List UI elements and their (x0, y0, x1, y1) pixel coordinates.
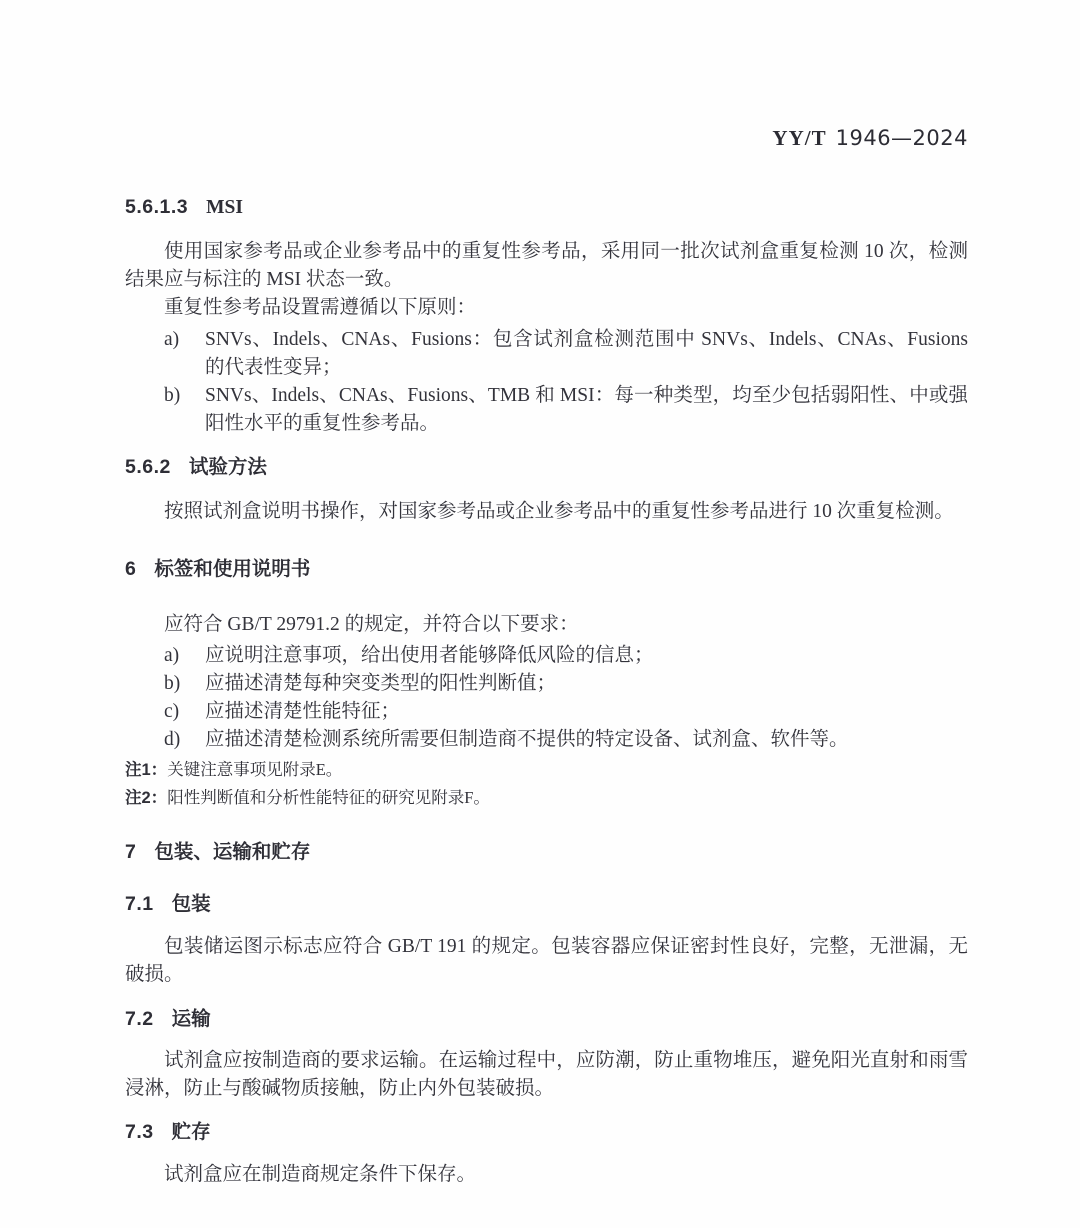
list-item: d) 应描述清楚检测系统所需要但制造商不提供的特定设备、试剂盒、软件等。 (125, 726, 968, 754)
note-label: 注1： (125, 761, 167, 779)
note-text: 关键注意事项见附录E。 (167, 760, 342, 779)
clause-title: 包装 (172, 893, 211, 915)
paragraph: 试剂盒应在制造商规定条件下保存。 (125, 1161, 968, 1189)
paragraph: 重复性参考品设置需遵循以下原则： (125, 294, 968, 322)
paragraph: 应符合 GB/T 29791.2 的规定，并符合以下要求： (125, 611, 968, 639)
heading-7-3: 7.3贮存 (125, 1119, 968, 1145)
clause-number: 5.6.2 (125, 456, 171, 478)
list-item: b) SNVs、Indels、CNAs、Fusions、TMB 和 MSI：每一… (125, 382, 968, 438)
heading-7-1: 7.1包装 (125, 891, 968, 917)
doc-code-prefix: YY/T (772, 126, 826, 150)
note: 注2：阳性判断值和分析性能特征的研究见附录F。 (125, 784, 968, 812)
clause-number: 7.1 (125, 893, 154, 915)
list-item: a) 应说明注意事项，给出使用者能够降低风险的信息； (125, 642, 968, 670)
list-item-label: c) (164, 698, 179, 726)
clause-number: 7.3 (125, 1121, 154, 1143)
heading-5-6-1-3-msi: 5.6.1.3MSI (125, 194, 968, 221)
list-item-label: b) (164, 670, 180, 698)
note-text: 阳性判断值和分析性能特征的研究见附录F。 (167, 788, 490, 807)
clause-title: 包装、运输和贮存 (154, 841, 310, 863)
heading-7: 7包装、运输和贮存 (125, 839, 968, 865)
list-item-text: SNVs、Indels、CNAs、Fusions：包含试剂盒检测范围中 SNVs… (205, 329, 968, 378)
clause-number: 7.2 (125, 1008, 154, 1030)
clause-title: 试验方法 (189, 456, 267, 478)
note: 注1：关键注意事项见附录E。 (125, 756, 968, 784)
list-item-label: a) (164, 642, 179, 670)
doc-code: YY/T1946—2024 (125, 127, 968, 149)
heading-5-6-2: 5.6.2试验方法 (125, 454, 968, 480)
doc-code-number: 1946—2024 (836, 126, 968, 150)
paragraph: 按照试剂盒说明书操作，对国家参考品或企业参考品中的重复性参考品进行 10 次重复… (125, 498, 968, 526)
list-item-label: b) (164, 382, 180, 410)
lettered-list: a) SNVs、Indels、CNAs、Fusions：包含试剂盒检测范围中 S… (125, 326, 968, 438)
clause-number: 5.6.1.3 (125, 196, 188, 218)
paragraph: 包装储运图示标志应符合 GB/T 191 的规定。包装容器应保证密封性良好，完整… (125, 933, 968, 989)
clause-title: MSI (206, 197, 243, 218)
clause-title: 贮存 (172, 1121, 211, 1143)
document-page: YY/T1946—2024 5.6.1.3MSI 使用国家参考品或企业参考品中的… (0, 0, 1080, 1228)
list-item-text: 应说明注意事项，给出使用者能够降低风险的信息； (205, 645, 654, 666)
clause-title: 标签和使用说明书 (154, 558, 310, 580)
note-label: 注2： (125, 789, 167, 807)
clause-title: 运输 (172, 1008, 211, 1030)
heading-7-2: 7.2运输 (125, 1006, 968, 1032)
lettered-list: a) 应说明注意事项，给出使用者能够降低风险的信息； b) 应描述清楚每种突变类… (125, 642, 968, 754)
list-item-text: SNVs、Indels、CNAs、Fusions、TMB 和 MSI：每一种类型… (205, 385, 968, 434)
clause-number: 6 (125, 558, 136, 580)
list-item-label: a) (164, 326, 179, 354)
list-item: c) 应描述清楚性能特征； (125, 698, 968, 726)
list-item-label: d) (164, 726, 180, 754)
paragraph: 试剂盒应按制造商的要求运输。在运输过程中，应防潮，防止重物堆压，避免阳光直射和雨… (125, 1047, 968, 1103)
list-item-text: 应描述清楚性能特征； (205, 701, 400, 722)
clause-number: 7 (125, 841, 136, 863)
list-item-text: 应描述清楚检测系统所需要但制造商不提供的特定设备、试剂盒、软件等。 (205, 729, 849, 750)
paragraph: 使用国家参考品或企业参考品中的重复性参考品，采用同一批次试剂盒重复检测 10 次… (125, 238, 968, 294)
list-item: b) 应描述清楚每种突变类型的阳性判断值； (125, 670, 968, 698)
list-item: a) SNVs、Indels、CNAs、Fusions：包含试剂盒检测范围中 S… (125, 326, 968, 382)
heading-6: 6标签和使用说明书 (125, 556, 968, 582)
list-item-text: 应描述清楚每种突变类型的阳性判断值； (205, 673, 556, 694)
notes-block: 注1：关键注意事项见附录E。 注2：阳性判断值和分析性能特征的研究见附录F。 (125, 756, 968, 812)
